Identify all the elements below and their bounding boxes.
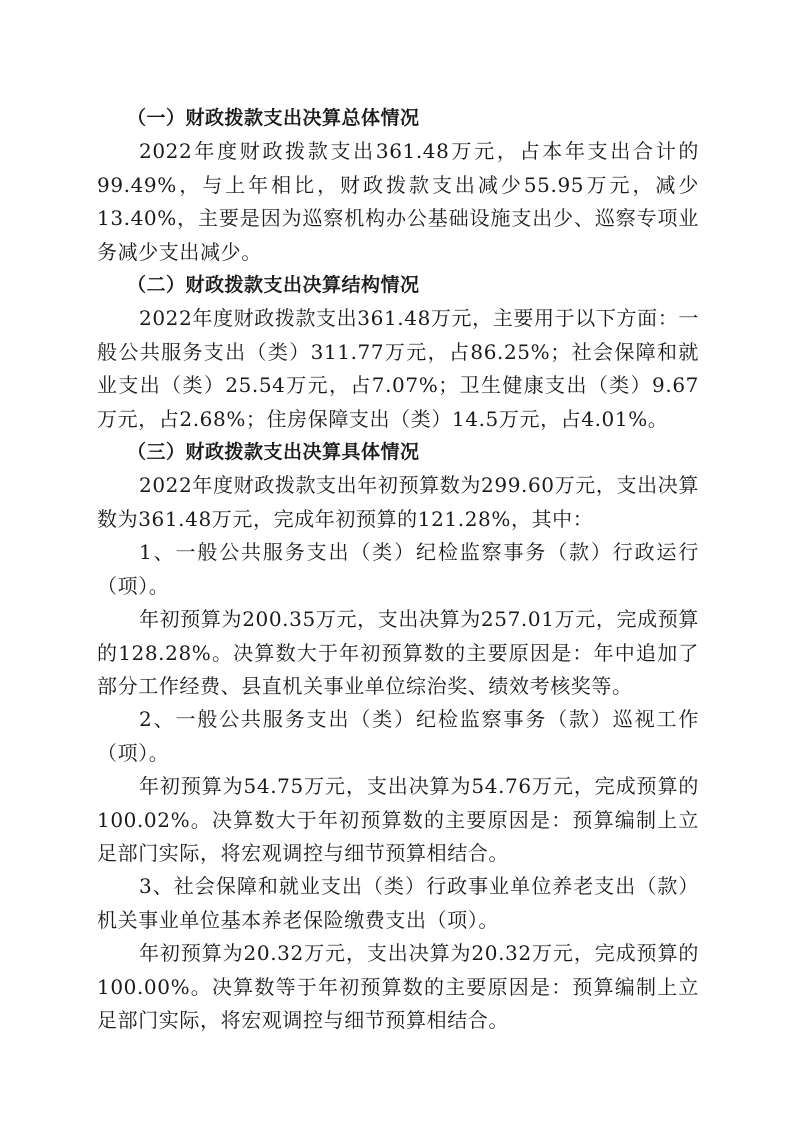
paragraph: 年初预算为54.75万元，支出决算为54.76万元，完成预算的100.02%。决…: [97, 770, 699, 870]
paragraph: 年初预算为200.35万元，支出决算为257.01万元，完成预算的128.28%…: [97, 603, 699, 703]
section-heading: （三）财政拨款支出决算具体情况: [97, 436, 699, 469]
section-overall: （一）财政拨款支出决算总体情况 2022年度财政拨款支出361.48万元，占本年…: [97, 102, 699, 269]
section-details: （三）财政拨款支出决算具体情况 2022年度财政拨款支出年初预算数为299.60…: [97, 436, 699, 1037]
section-structure: （二）财政拨款支出决算结构情况 2022年度财政拨款支出361.48万元，主要用…: [97, 269, 699, 436]
paragraph: 2022年度财政拨款支出361.48万元，主要用于以下方面：一般公共服务支出（类…: [97, 302, 699, 436]
item-title: 3、社会保障和就业支出（类）行政事业单位养老支出（款）机关事业单位基本养老保险缴…: [97, 870, 699, 937]
item-title: 1、一般公共服务支出（类）纪检监察事务（款）行政运行（项）。: [97, 536, 699, 603]
paragraph: 2022年度财政拨款支出年初预算数为299.60万元，支出决算数为361.48万…: [97, 469, 699, 536]
item-title: 2、一般公共服务支出（类）纪检监察事务（款）巡视工作（项）。: [97, 703, 699, 770]
document-page: （一）财政拨款支出决算总体情况 2022年度财政拨款支出361.48万元，占本年…: [97, 102, 699, 1037]
section-heading: （一）财政拨款支出决算总体情况: [97, 102, 699, 135]
paragraph: 年初预算为20.32万元，支出决算为20.32万元，完成预算的100.00%。决…: [97, 937, 699, 1037]
paragraph: 2022年度财政拨款支出361.48万元，占本年支出合计的99.49%，与上年相…: [97, 135, 699, 269]
section-heading: （二）财政拨款支出决算结构情况: [97, 269, 699, 302]
